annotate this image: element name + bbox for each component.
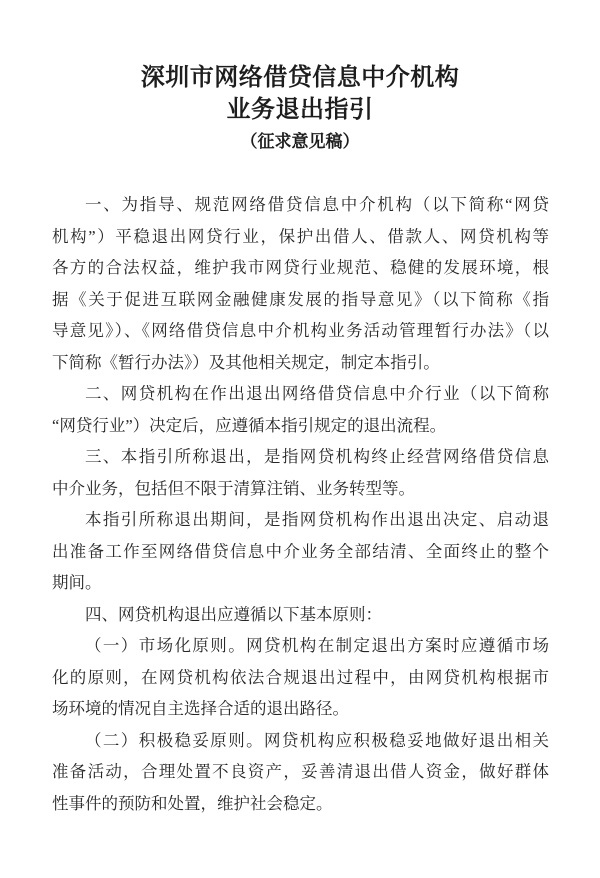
body-line: 三、本指引所称退出，是指网贷机构终止经营网络借贷信息 [52,441,549,473]
body-line: 导意见》）、《网络借贷信息中介机构业务活动管理暂行办法》（以 [52,315,549,347]
body-line: 场环境的情况自主选择合适的退出路径。 [52,693,549,725]
body-line: 出准备工作至网络借贷信息中介业务全部结清、全面终止的整个 [52,536,549,568]
body-line: “网贷行业”）决定后，应遵循本指引规定的退出流程。 [52,410,549,442]
title-line-1: 深圳市网络借贷信息中介机构 [0,62,600,94]
document-page: 深圳市网络借贷信息中介机构 业务退出指引 （征求意见稿） 一、为指导、规范网络借… [0,0,600,878]
body-line: 下简称《暂行办法》）及其他相关规定，制定本指引。 [52,347,549,379]
body-line: 本指引所称退出期间，是指网贷机构作出退出决定、启动退 [52,504,549,536]
title-line-2: 业务退出指引 [0,94,600,126]
body-line: 一、为指导、规范网络借贷信息中介机构（以下简称“网贷 [52,189,549,221]
body-line: 准备活动，合理处置不良资产，妥善清退出借人资金，做好群体 [52,756,549,788]
body-line: 中介业务，包括但不限于清算注销、业务转型等。 [52,473,549,505]
body-line: 二、网贷机构在作出退出网络借贷信息中介行业（以下简称 [52,378,549,410]
body-line: 据《关于促进互联网金融健康发展的指导意见》（以下简称《指 [52,284,549,316]
body-line: （二）积极稳妥原则。网贷机构应积极稳妥地做好退出相关 [52,725,549,757]
body-line: 机构”）平稳退出网贷行业，保护出借人、借款人、网贷机构等 [52,221,549,253]
body-line: （一）市场化原则。网贷机构在制定退出方案时应遵循市场 [52,630,549,662]
body-line: 化的原则，在网贷机构依法合规退出过程中，由网贷机构根据市 [52,662,549,694]
body-line: 各方的合法权益，维护我市网贷行业规范、稳健的发展环境，根 [52,252,549,284]
document-title: 深圳市网络借贷信息中介机构 业务退出指引 [0,0,600,126]
document-subtitle: （征求意见稿） [0,131,600,153]
body-line: 性事件的预防和处置，维护社会稳定。 [52,788,549,820]
document-body: 一、为指导、规范网络借贷信息中介机构（以下简称“网贷机构”）平稳退出网贷行业，保… [52,189,549,819]
body-line: 四、网贷机构退出应遵循以下基本原则： [52,599,549,631]
body-line: 期间。 [52,567,549,599]
